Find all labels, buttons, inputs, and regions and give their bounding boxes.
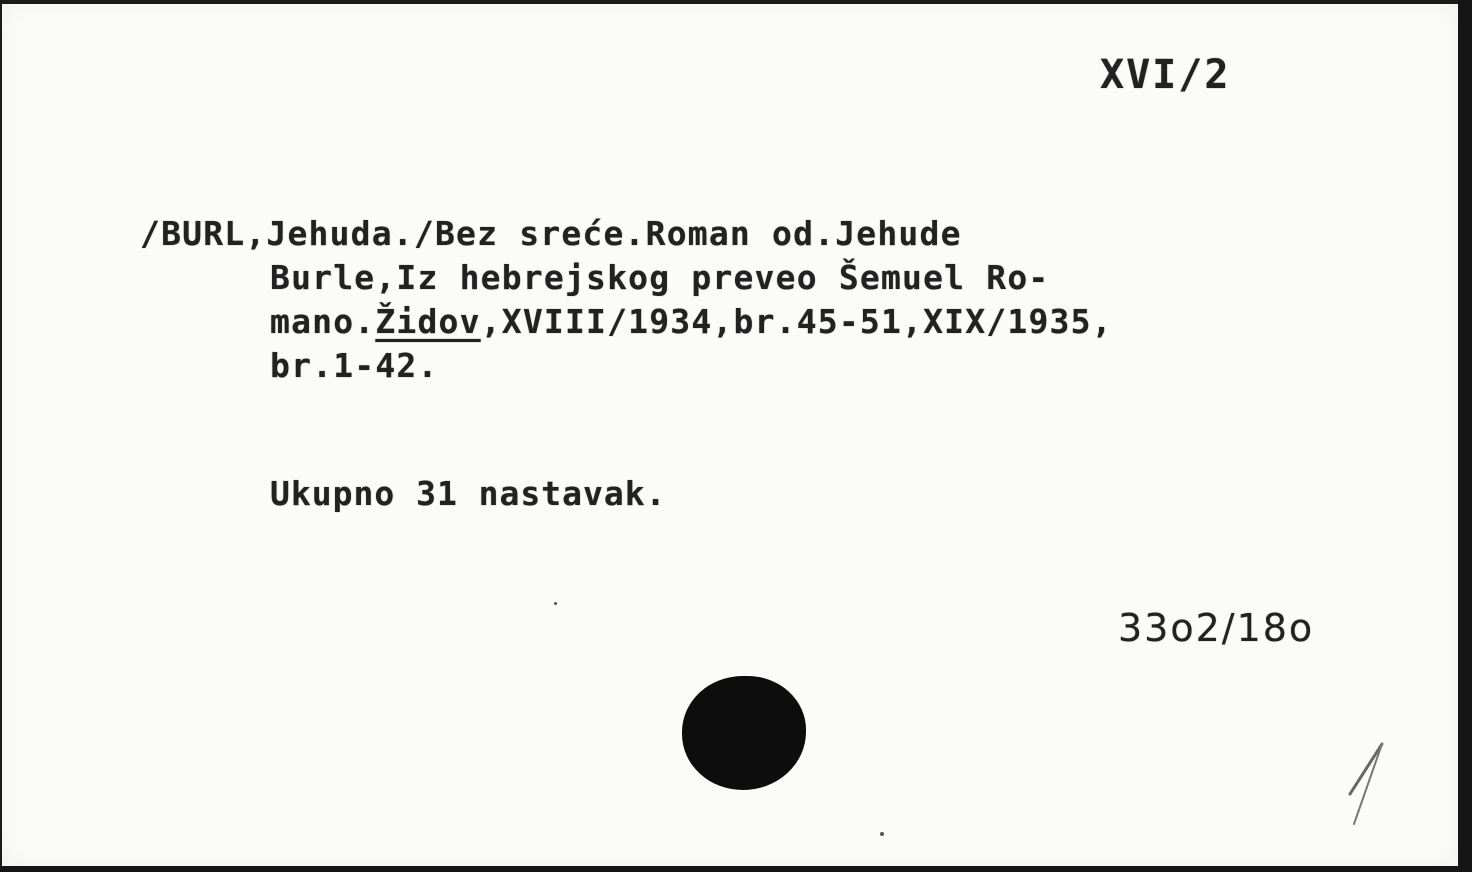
entry-line-3-rest: ,XVIII/1934,br.45-51,XIX/1935, <box>481 302 1113 341</box>
entry-line-4: br.1-42. <box>270 346 439 385</box>
pencil-mark-icon <box>1342 734 1392 834</box>
catalog-card: XVI/2 /BURL,Jehuda./Bez sreće.Roman od.J… <box>2 4 1458 866</box>
entry-line-3-start: mano. <box>270 302 375 341</box>
call-number: 33o2/18o <box>1118 606 1314 650</box>
scan-edge-bottom <box>0 866 1472 872</box>
entry-line-3: mano.Židov,XVIII/1934,br.45-51,XIX/1935, <box>270 302 1113 341</box>
entry-line-2: Burle,Iz hebrejskog preveo Šemuel Ro- <box>270 258 1050 297</box>
shelfmark: XVI/2 <box>1100 52 1230 98</box>
periodical-title: Židov <box>375 302 480 341</box>
ink-speck <box>880 832 884 836</box>
entry-line-1: /BURL,Jehuda./Bez sreće.Roman od.Jehude <box>140 214 962 253</box>
scan-edge-right <box>1458 0 1472 872</box>
punch-hole <box>682 676 806 790</box>
installments-summary: Ukupno 31 nastavak. <box>270 474 667 513</box>
ink-speck <box>554 602 557 605</box>
